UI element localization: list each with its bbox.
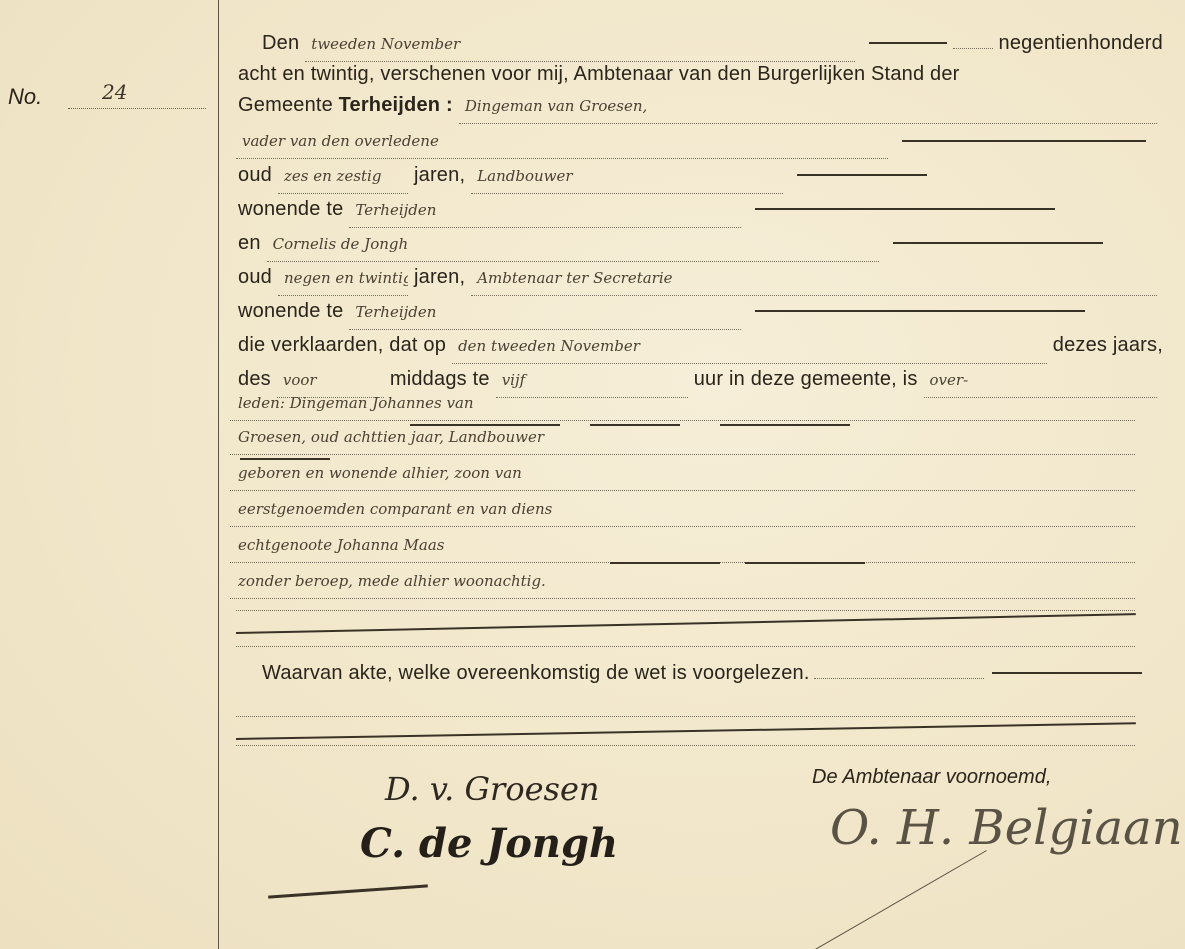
line-residence-1: wonende te Terheijden bbox=[238, 192, 1163, 226]
fill-dash bbox=[902, 140, 1146, 142]
line-residence-2: wonende te Terheijden bbox=[238, 294, 1163, 328]
line-age-1: oud zes en zestig jaren, Landbouwer bbox=[238, 158, 1163, 192]
handwritten-death-date: den tweeden November bbox=[452, 329, 1047, 364]
handwritten-deceased-line-2: Groesen, oud achttien jaar, Landbouwer bbox=[230, 420, 1135, 455]
handwritten-declarant-1-name: Dingeman van Groesen, bbox=[459, 89, 1157, 124]
line-age-2: oud negen en twintig jaren, Ambtenaar te… bbox=[238, 260, 1163, 294]
handwritten-occupation-1: Landbouwer bbox=[471, 159, 783, 194]
fill-dash bbox=[893, 242, 1103, 244]
printed-text: jaren, bbox=[414, 158, 465, 192]
margin-rule bbox=[218, 0, 219, 949]
handwritten-deceased-line-4: eerstgenoemden comparant en van diens bbox=[230, 492, 1135, 527]
printed-text: jaren, bbox=[414, 260, 465, 294]
official-signature-label: De Ambtenaar voornoemd, bbox=[812, 766, 1051, 789]
handwritten-occupation-2: Ambtenaar ter Secretarie bbox=[471, 261, 1157, 296]
printed-text: wonende te bbox=[238, 294, 343, 328]
printed-text: dezes jaars, bbox=[1053, 328, 1163, 362]
strike-rule bbox=[236, 613, 1136, 634]
line-relation: vader van den overledene bbox=[230, 124, 1163, 158]
line-gemeente: Gemeente Terheijden : Dingeman van Groes… bbox=[238, 88, 1163, 122]
record-number-label: No. bbox=[8, 84, 42, 110]
handwritten-deceased-line-6: zonder beroep, mede alhier woonachtig. bbox=[230, 564, 1135, 599]
municipality-name: Terheijden : bbox=[339, 88, 453, 122]
handwritten-deceased-line-5: echtgenoote Johanna Maas bbox=[230, 528, 1135, 563]
printed-text: wonende te bbox=[238, 192, 343, 226]
document-page: No. 24 Den tweeden November negentienhon… bbox=[0, 0, 1185, 949]
handwritten-deceased-line-1: leden: Dingeman Johannes van bbox=[230, 386, 1135, 421]
handwritten-residence-2: Terheijden bbox=[349, 295, 741, 330]
dotted-rule bbox=[236, 610, 1135, 611]
record-number-value: 24 bbox=[102, 80, 127, 104]
printed-text: Gemeente bbox=[238, 88, 333, 122]
signature-declarant-1: D. v. Groesen bbox=[385, 770, 600, 808]
signature-official: O. H. Belgiaan bbox=[830, 800, 1183, 856]
fill-dash bbox=[869, 42, 947, 44]
printed-text: oud bbox=[238, 158, 272, 192]
closing-statement: Waarvan akte, welke overeenkomstig de we… bbox=[262, 660, 1142, 685]
line-date: Den tweeden November negentienhonderd bbox=[262, 26, 1163, 60]
printed-text: en bbox=[238, 226, 261, 260]
strike-rule bbox=[236, 722, 1136, 740]
fill-dash bbox=[992, 672, 1142, 674]
handwritten-declarant-2-name: Cornelis de Jongh bbox=[267, 227, 879, 262]
printed-text: oud bbox=[238, 260, 272, 294]
closing-text: Waarvan akte, welke overeenkomstig de we… bbox=[262, 662, 810, 685]
printed-text: Den bbox=[262, 26, 299, 60]
line-death-date: die verklaarden, dat op den tweeden Nove… bbox=[238, 328, 1163, 362]
handwritten-relation: vader van den overledene bbox=[236, 124, 888, 159]
printed-text: die verklaarden, dat op bbox=[238, 328, 446, 362]
dotted-rule bbox=[236, 745, 1135, 746]
handwritten-age-1: zes en zestig bbox=[278, 159, 408, 194]
dotted-rule bbox=[236, 716, 1135, 717]
dotted-fill bbox=[814, 660, 984, 679]
signature-flourish bbox=[268, 884, 428, 898]
dotted-rule bbox=[236, 646, 1135, 647]
signature-declarant-2: C. de Jongh bbox=[360, 820, 618, 867]
dotted-fill bbox=[953, 48, 993, 49]
record-number-field bbox=[68, 86, 206, 109]
handwritten-age-2: negen en twintig bbox=[278, 261, 408, 296]
printed-text: negentienhonderd bbox=[999, 26, 1163, 60]
line-declarant-2: en Cornelis de Jongh bbox=[238, 226, 1163, 260]
printed-text: acht en twintig, verschenen voor mij, Am… bbox=[238, 57, 960, 91]
fill-dash bbox=[797, 174, 927, 176]
line-preamble: acht en twintig, verschenen voor mij, Am… bbox=[238, 57, 1163, 91]
signature-flourish bbox=[813, 850, 987, 949]
handwritten-deceased-line-3: geboren en wonende alhier, zoon van bbox=[230, 456, 1135, 491]
fill-dash bbox=[755, 208, 1055, 210]
handwritten-residence-1: Terheijden bbox=[349, 193, 741, 228]
fill-dash bbox=[755, 310, 1085, 312]
